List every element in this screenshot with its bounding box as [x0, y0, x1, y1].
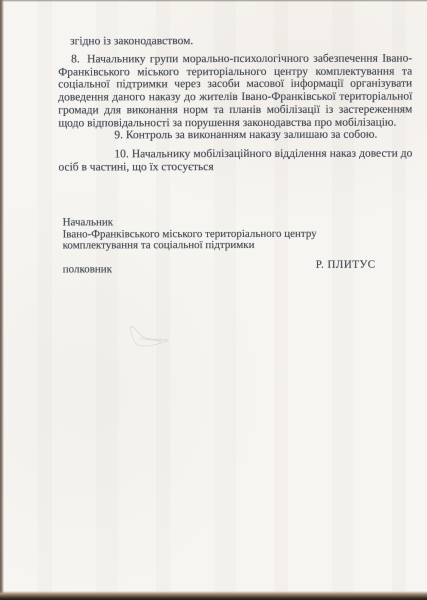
paragraph-8-text: Начальнику групи морально-психологічного…: [58, 53, 412, 129]
signature-title-line-3: комплектування та соціальної підтримки: [63, 240, 317, 252]
scan-edge-top: [0, 0, 427, 2]
paragraph-10: 10. Начальнику мобілізаційного відділенн…: [58, 148, 412, 174]
signature-title-block: Начальник Івано-Франківського міського т…: [63, 217, 317, 252]
scan-edge-bottom: [0, 591, 427, 600]
paragraph-10-number: 10.: [86, 148, 128, 161]
intro-continuation-line: згідно із законодавством.: [70, 35, 193, 48]
signature-rank: полковник: [63, 263, 112, 276]
paragraph-8-number: 8.: [71, 53, 80, 65]
scanned-document-page: згідно із законодавством. 8. Начальнику …: [0, 0, 427, 600]
paragraph-9-number: 9.: [86, 129, 123, 142]
paragraph-9: 9. Контроль за виконанням наказу залишаю…: [58, 129, 412, 143]
paragraph-8: 8. Начальнику групи морально-психологічн…: [58, 53, 412, 130]
paragraph-9-text: Контроль за виконанням наказу залишаю за…: [126, 129, 377, 142]
pencil-smudge-mark: [122, 318, 186, 362]
signature-name: Р. ПЛИТУС: [316, 259, 376, 272]
scan-edge-left: [0, 0, 4, 600]
signature-rank-row: полковник Р. ПЛИТУС: [63, 259, 413, 276]
